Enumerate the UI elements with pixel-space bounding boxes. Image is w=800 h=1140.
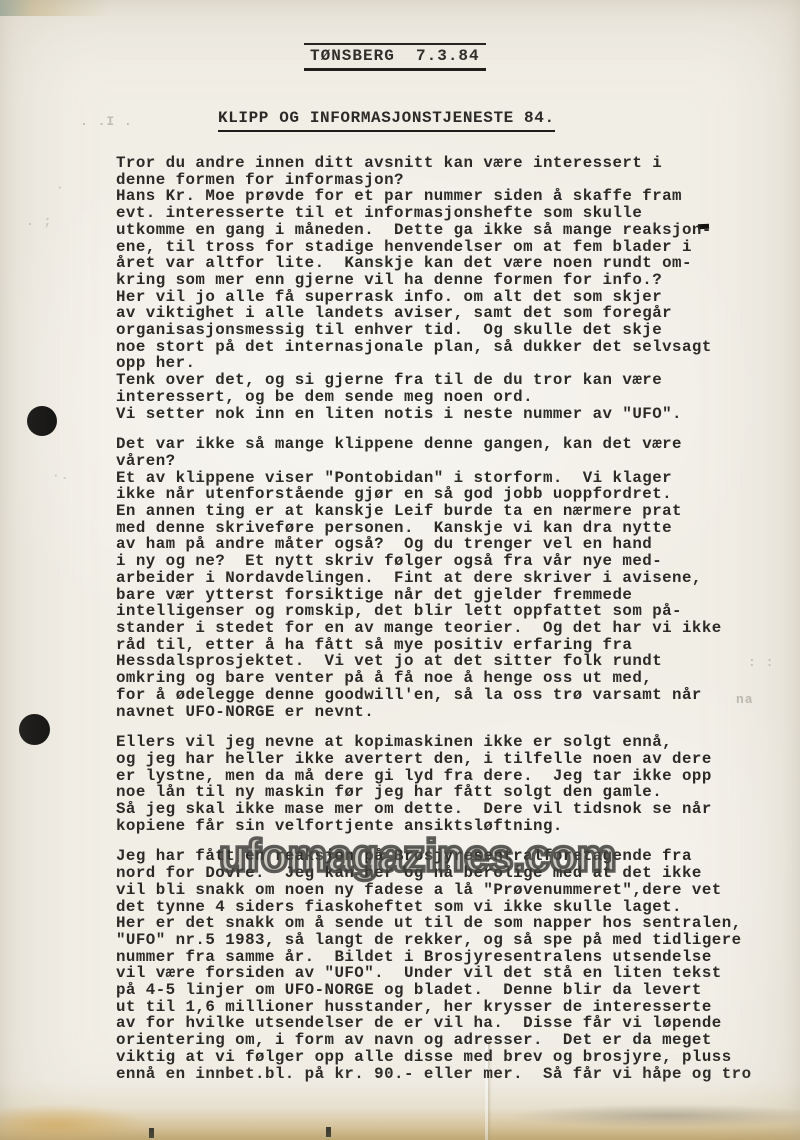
scanned-document-page: . .I . · . ; : : na ·. TØNSBERG 7.3.84 K… xyxy=(0,0,800,1140)
scan-vignette xyxy=(0,0,800,1140)
